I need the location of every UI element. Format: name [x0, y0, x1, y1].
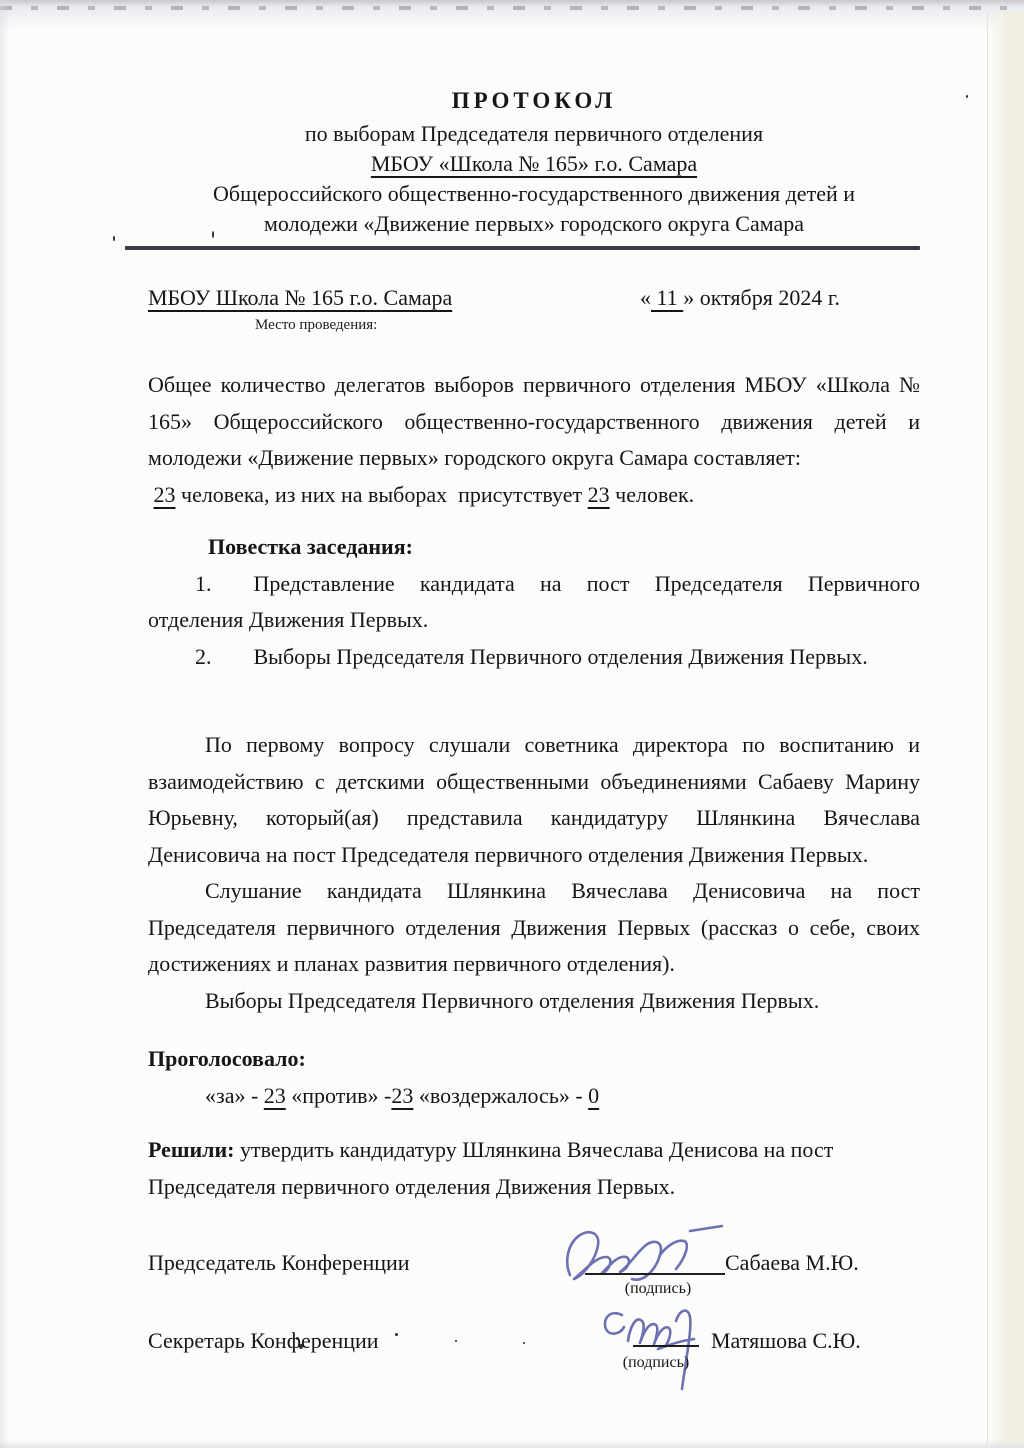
agenda-item-2: 2.Выборы Председателя Первичного отделен… — [148, 639, 920, 676]
chairman-name: Сабаева М.Ю. — [725, 1245, 859, 1282]
venue-name: МБОУ Школа № 165 г.о. Самара — [148, 285, 452, 310]
scan-speck — [966, 95, 968, 98]
delegates-count-line: 23 человека, из них на выборах присутств… — [148, 477, 920, 514]
header-movement-line-1: Общероссийского общественно-государствен… — [148, 179, 920, 209]
header-movement-line-2: молодежи «Движение первых» городского ок… — [148, 209, 920, 239]
secretary-signature-line — [633, 1345, 699, 1347]
document-date: « 11 » октября 2024 г. — [640, 283, 840, 313]
scan-speck — [523, 1342, 525, 1344]
date-month-year: » октября 2024 г. — [683, 285, 840, 310]
scan-speck — [113, 236, 115, 241]
meta-row: МБОУ Школа № 165 г.о. Самара Место прове… — [148, 283, 920, 339]
document-header: ПРОТОКОЛ по выборам Председателя первичн… — [148, 86, 920, 239]
signature-row-secretary: Секретарь Конференции Матяшова С.Ю. (под… — [148, 1311, 920, 1407]
vote-against-count: 23 — [391, 1083, 413, 1108]
scan-speck — [395, 1333, 398, 1336]
minutes-section: По первому вопросу слушали советника дир… — [148, 727, 920, 1019]
secretary-name: Матяшова С.Ю. — [711, 1323, 861, 1360]
agenda-section: Повестка заседания: 1.Представление канд… — [148, 529, 920, 675]
scan-edge-left — [0, 0, 10, 1448]
scan-edge-bottom — [0, 1440, 1024, 1448]
minutes-paragraph-2: Слушание кандидата Шлянкина Вячеслава Де… — [148, 873, 920, 983]
decision-text: утвердить кандидатуру Шлянкина Вячеслава… — [148, 1137, 839, 1199]
scan-speck — [299, 1344, 303, 1349]
decision-paragraph: Решили: утвердить кандидатуру Шлянкина В… — [148, 1132, 920, 1205]
chairman-role-label: Председатель Конференции — [148, 1245, 410, 1282]
date-open-quote: « — [640, 285, 651, 310]
decision-label: Решили: — [148, 1137, 235, 1162]
date-day-value: 11 — [651, 285, 683, 310]
delegates-intro: Общее количество делегатов выборов перви… — [148, 367, 920, 477]
delegates-mid-text: человека, из них на выборах присутствует — [176, 482, 588, 507]
agenda-item-2-text: Выборы Председателя Первичного отделения… — [254, 644, 868, 669]
voting-heading: Проголосовало: — [148, 1041, 920, 1078]
agenda-item-2-number: 2. — [195, 644, 212, 669]
agenda-item-1-number: 1. — [195, 571, 212, 596]
minutes-paragraph-3: Выборы Председателя Первичного отделения… — [148, 983, 920, 1020]
secretary-role-label: Секретарь Конференции — [148, 1323, 379, 1360]
header-school-line: МБОУ «Школа № 165» г.о. Самара — [148, 149, 920, 179]
agenda-heading: Повестка заседания: — [208, 529, 920, 566]
scan-speck — [212, 231, 214, 238]
vote-against-label: «против» - — [286, 1083, 392, 1108]
vote-abstain-label: «воздержалось» - — [413, 1083, 588, 1108]
vote-for-count: 23 — [264, 1083, 286, 1108]
venue-caption: Место проведения: — [255, 315, 920, 335]
scan-speck — [296, 1337, 299, 1340]
header-school-underlined: МБОУ «Школа № 165» г.о. Самара — [371, 151, 697, 176]
chairman-signature-line — [585, 1273, 725, 1275]
secretary-signature-caption: (подпись) — [600, 1353, 712, 1373]
delegates-present-count: 23 — [588, 482, 610, 507]
voting-results-line: «за» - 23 «против» -23 «воздержалось» - … — [205, 1078, 920, 1115]
delegates-tail-text: человек. — [610, 482, 695, 507]
delegates-paragraph: Общее количество делегатов выборов перви… — [148, 367, 920, 513]
scanned-document-page: ПРОТОКОЛ по выборам Председателя первичн… — [0, 0, 1024, 1448]
vote-abstain-count: 0 — [588, 1083, 599, 1108]
delegates-total-count: 23 — [154, 482, 176, 507]
minutes-paragraph-1: По первому вопросу слушали советника дир… — [148, 727, 920, 873]
document-content: ПРОТОКОЛ по выборам Председателя первичн… — [148, 0, 920, 1407]
vote-for-label: «за» - — [205, 1083, 264, 1108]
agenda-item-1: 1.Представление кандидата на пост Предсе… — [148, 566, 920, 639]
agenda-item-1-text: Представление кандидата на пост Председа… — [148, 571, 920, 633]
scan-edge-right — [987, 12, 1024, 1448]
scan-speck — [455, 1340, 457, 1342]
signature-row-chairman: Председатель Конференции Сабаева М.Ю. (п… — [148, 1225, 920, 1311]
voting-section: Проголосовало: «за» - 23 «против» -23 «в… — [148, 1041, 920, 1114]
header-divider-rule — [125, 246, 920, 250]
document-title: ПРОТОКОЛ — [148, 86, 920, 116]
chairman-signature-caption: (подпись) — [598, 1279, 718, 1299]
header-subtitle-line: по выборам Председателя первичного отдел… — [148, 119, 920, 149]
